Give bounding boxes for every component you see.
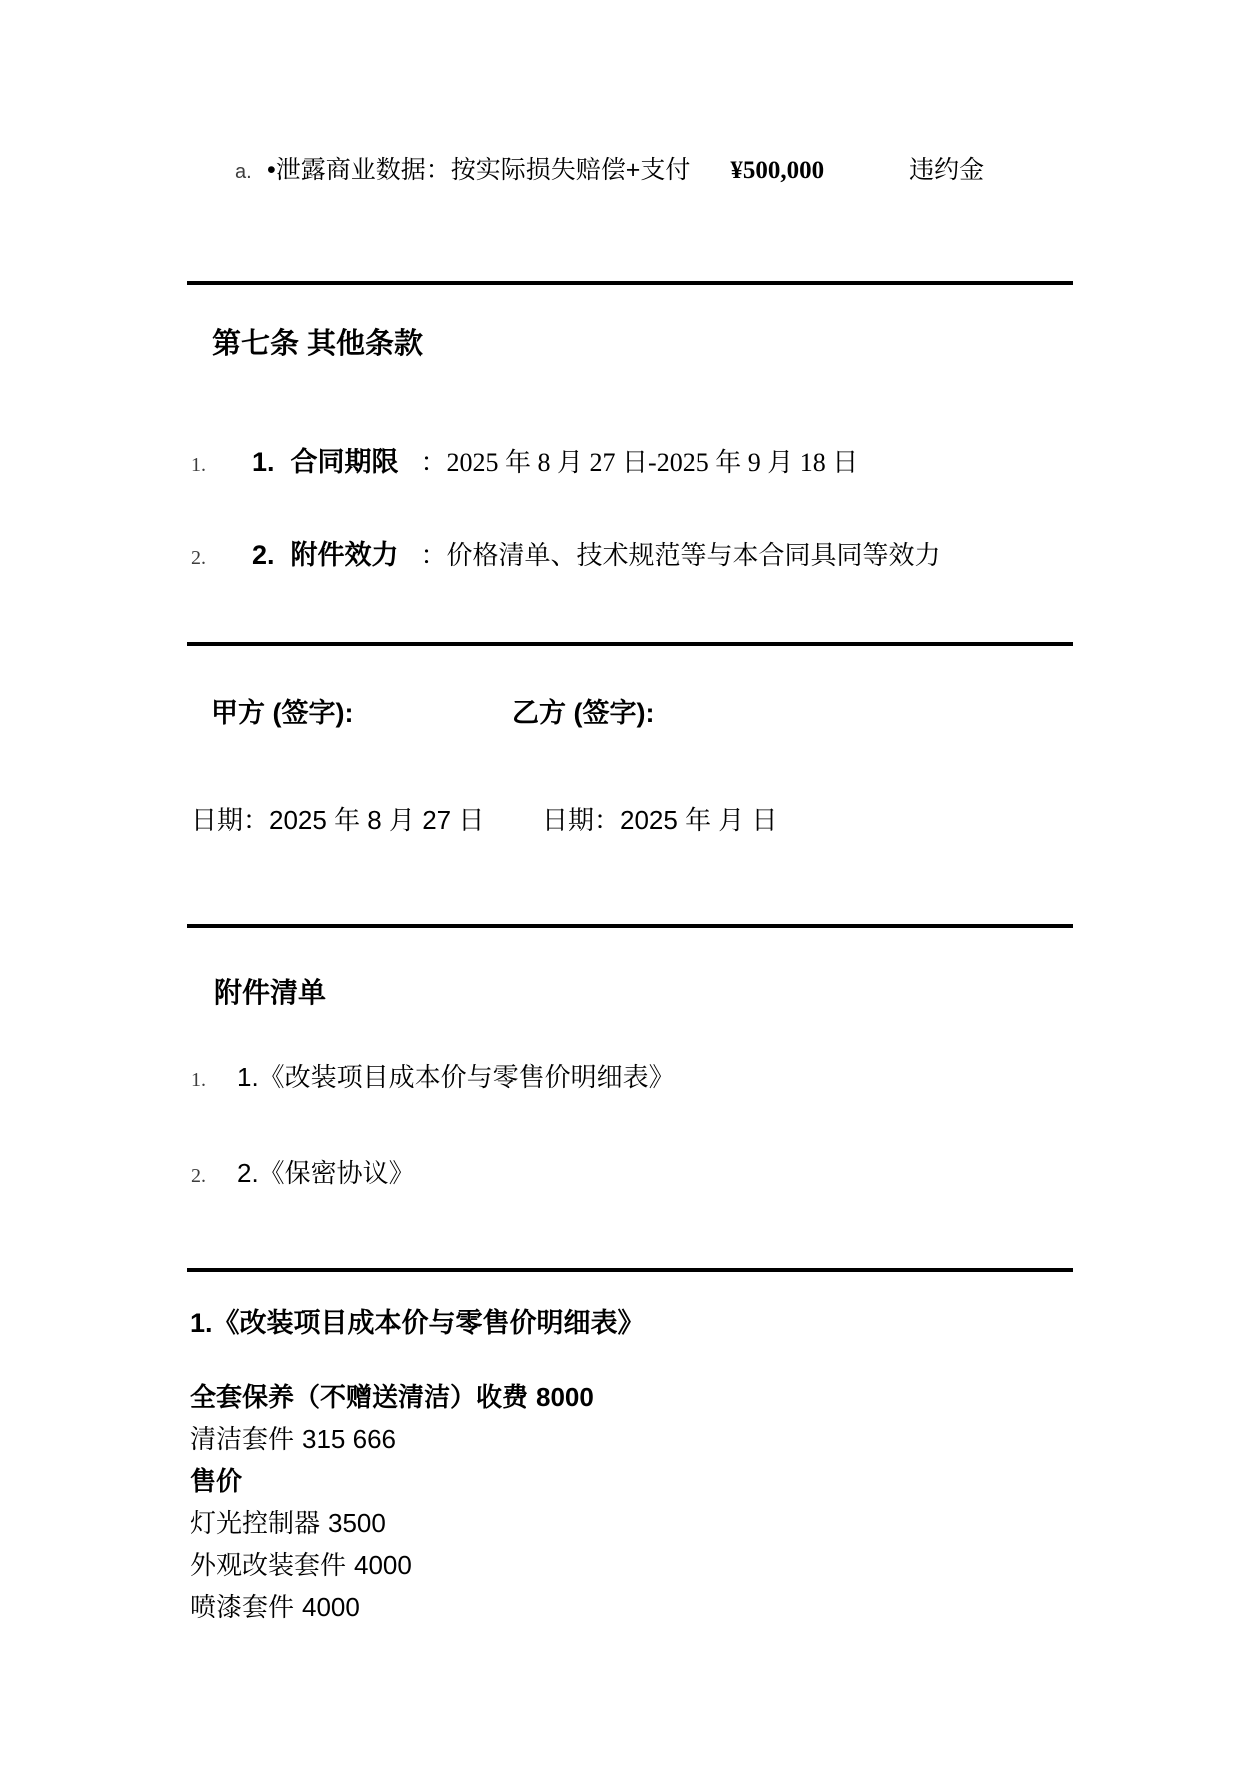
price-item-value: 3500 <box>328 1508 386 1538</box>
attachment-text: 2.《保密协议》 <box>237 1158 415 1188</box>
item-separator: ： <box>421 540 447 570</box>
horizontal-rule <box>187 924 1073 928</box>
price-item-value: 4000 <box>354 1550 412 1580</box>
item-text: 2025 年 8 月 27 日-2025 年 9 月 18 日 <box>447 448 859 477</box>
horizontal-rule <box>187 642 1073 646</box>
item-number: 2. <box>252 540 275 570</box>
penalty-amount: ¥500,000 <box>730 157 824 184</box>
party-b-signature-label: 乙方 (签字): <box>512 696 654 730</box>
clause-breach-data: a.•泄露商业数据：按实际损失赔偿+支付¥500,000违约金 <box>235 155 984 187</box>
clause-item-contract-term: 1.1.合同期限：2025 年 8 月 27 日-2025 年 9 月 18 日 <box>191 445 858 482</box>
attachments-heading: 附件清单 <box>214 976 326 1010</box>
price-list: 全套保养（不赠送清洁）收费8000 清洁套件315 666 售价 灯光控制器35… <box>190 1376 594 1628</box>
price-item-text: 清洁套件 <box>190 1425 294 1454</box>
price-item-text: 全套保养（不赠送清洁）收费 <box>190 1382 528 1412</box>
price-item-value: 8000 <box>536 1382 594 1412</box>
price-item-value: 4000 <box>302 1592 360 1622</box>
price-item-text: 灯光控制器 <box>190 1509 320 1538</box>
price-item-text: 外观改装套件 <box>190 1551 346 1580</box>
attachment-item-price-list: 1.1.《改装项目成本价与零售价明细表》 <box>191 1060 675 1097</box>
item-separator: ： <box>421 447 447 477</box>
price-item-text: 售价 <box>190 1466 242 1496</box>
price-list-title: 1.《改装项目成本价与零售价明细表》 <box>190 1306 645 1340</box>
price-line-retail-header: 售价 <box>190 1460 594 1502</box>
contract-document-page: a.•泄露商业数据：按实际损失赔偿+支付¥500,000违约金 第七条 其他条款… <box>0 0 1260 1782</box>
horizontal-rule <box>187 281 1073 285</box>
clause-a-suffix: 违约金 <box>909 156 984 184</box>
item-label: 合同期限 <box>291 447 399 477</box>
horizontal-rule <box>187 1268 1073 1272</box>
price-item-text: 喷漆套件 <box>190 1593 294 1622</box>
clause-item-attachment-effect: 2.2.附件效力：价格清单、技术规范等与本合同具同等效力 <box>191 538 941 575</box>
attachment-text: 1.《改装项目成本价与零售价明细表》 <box>237 1062 675 1092</box>
list-marker: 2. <box>191 1159 237 1193</box>
price-line-paint-kit: 喷漆套件4000 <box>190 1586 594 1628</box>
party-a-signature-label: 甲方 (签字): <box>211 696 353 730</box>
list-marker: 1. <box>191 1063 237 1097</box>
attachment-item-nda: 2.2.《保密协议》 <box>191 1156 415 1193</box>
list-marker: 2. <box>191 541 252 575</box>
price-line-light-controller: 灯光控制器3500 <box>190 1502 594 1544</box>
price-line-cleaning-kit: 清洁套件315 666 <box>190 1418 594 1460</box>
party-a-date: 日期：2025 年 8 月 27 日 <box>191 803 484 837</box>
price-line-maintenance: 全套保养（不赠送清洁）收费8000 <box>190 1376 594 1418</box>
item-label: 附件效力 <box>291 540 399 570</box>
section7-heading: 第七条 其他条款 <box>212 327 423 362</box>
item-text: 价格清单、技术规范等与本合同具同等效力 <box>447 540 941 570</box>
item-number: 1. <box>252 447 275 477</box>
price-item-value: 315 666 <box>302 1424 396 1454</box>
price-line-exterior-kit: 外观改装套件4000 <box>190 1544 594 1586</box>
clause-a-text: •泄露商业数据：按实际损失赔偿+支付 <box>267 156 690 184</box>
clause-a-marker: a. <box>235 157 267 187</box>
list-marker: 1. <box>191 448 252 482</box>
party-b-date: 日期：2025 年 月 日 <box>542 803 778 837</box>
